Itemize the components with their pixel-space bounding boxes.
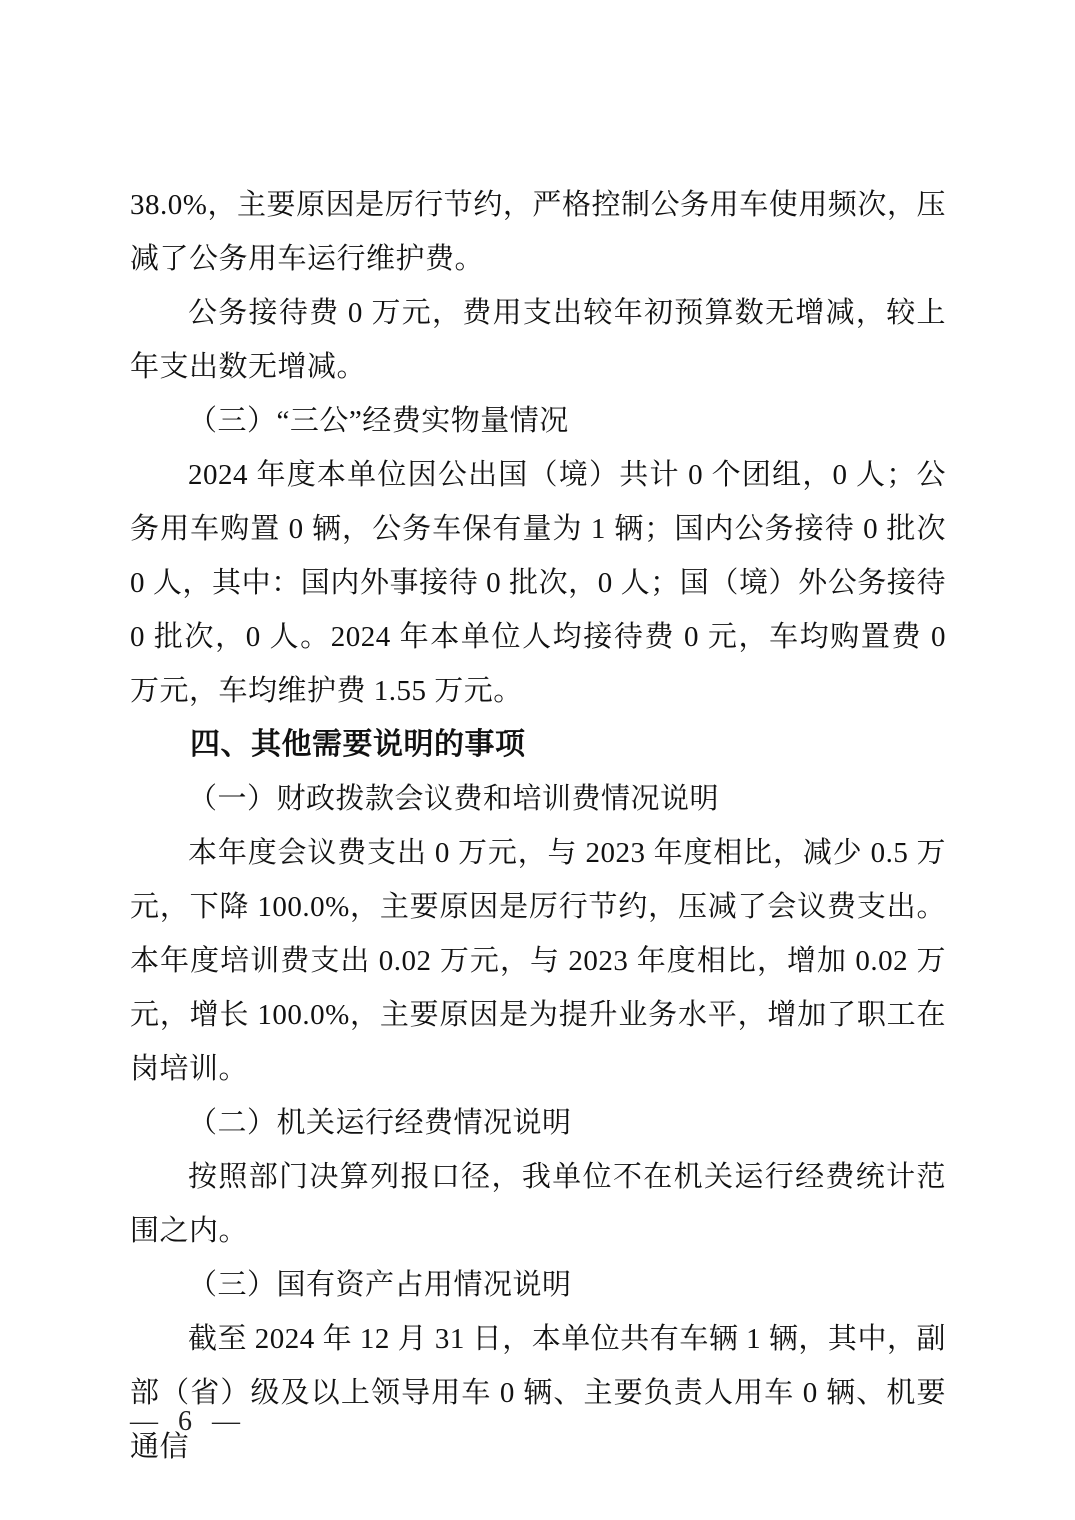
paragraph-vehicle-expense-continuation: 38.0%，主要原因是厉行节约，严格控制公务用车使用频次，压减了公务用车运行维护… (130, 178, 946, 286)
page-footer: —6— (130, 1402, 240, 1442)
paragraph-meeting-training-fees-detail: 本年度会议费支出 0 万元，与 2023 年度相比，减少 0.5 万元，下降 1… (130, 826, 946, 1096)
footer-right-dash: — (212, 1402, 240, 1442)
page-number: 6 (178, 1402, 192, 1442)
subsection-heading-three-public-physical-quantity: （三）“三公”经费实物量情况 (130, 394, 946, 448)
document-page: 38.0%，主要原因是厉行节约，严格控制公务用车使用频次，压减了公务用车运行维护… (0, 0, 1075, 1520)
subsection-heading-meeting-training-fees: （一）财政拨款会议费和培训费情况说明 (130, 772, 946, 826)
footer-left-dash: — (130, 1402, 158, 1442)
section-heading-other-matters: 四、其他需要说明的事项 (130, 718, 946, 772)
paragraph-state-owned-assets-detail: 截至 2024 年 12 月 31 日，本单位共有车辆 1 辆，其中，副部（省）… (130, 1312, 946, 1474)
paragraph-operating-expense-detail: 按照部门决算列报口径，我单位不在机关运行经费统计范围之内。 (130, 1150, 946, 1258)
paragraph-official-reception-expense: 公务接待费 0 万元，费用支出较年初预算数无增减，较上年支出数无增减。 (130, 286, 946, 394)
subsection-heading-operating-expense: （二）机关运行经费情况说明 (130, 1096, 946, 1150)
document-body: 38.0%，主要原因是厉行节约，严格控制公务用车使用频次，压减了公务用车运行维护… (130, 178, 946, 1474)
subsection-heading-state-owned-assets: （三）国有资产占用情况说明 (130, 1258, 946, 1312)
paragraph-three-public-physical-quantity-detail: 2024 年度本单位因公出国（境）共计 0 个团组，0 人；公务用车购置 0 辆… (130, 448, 946, 718)
